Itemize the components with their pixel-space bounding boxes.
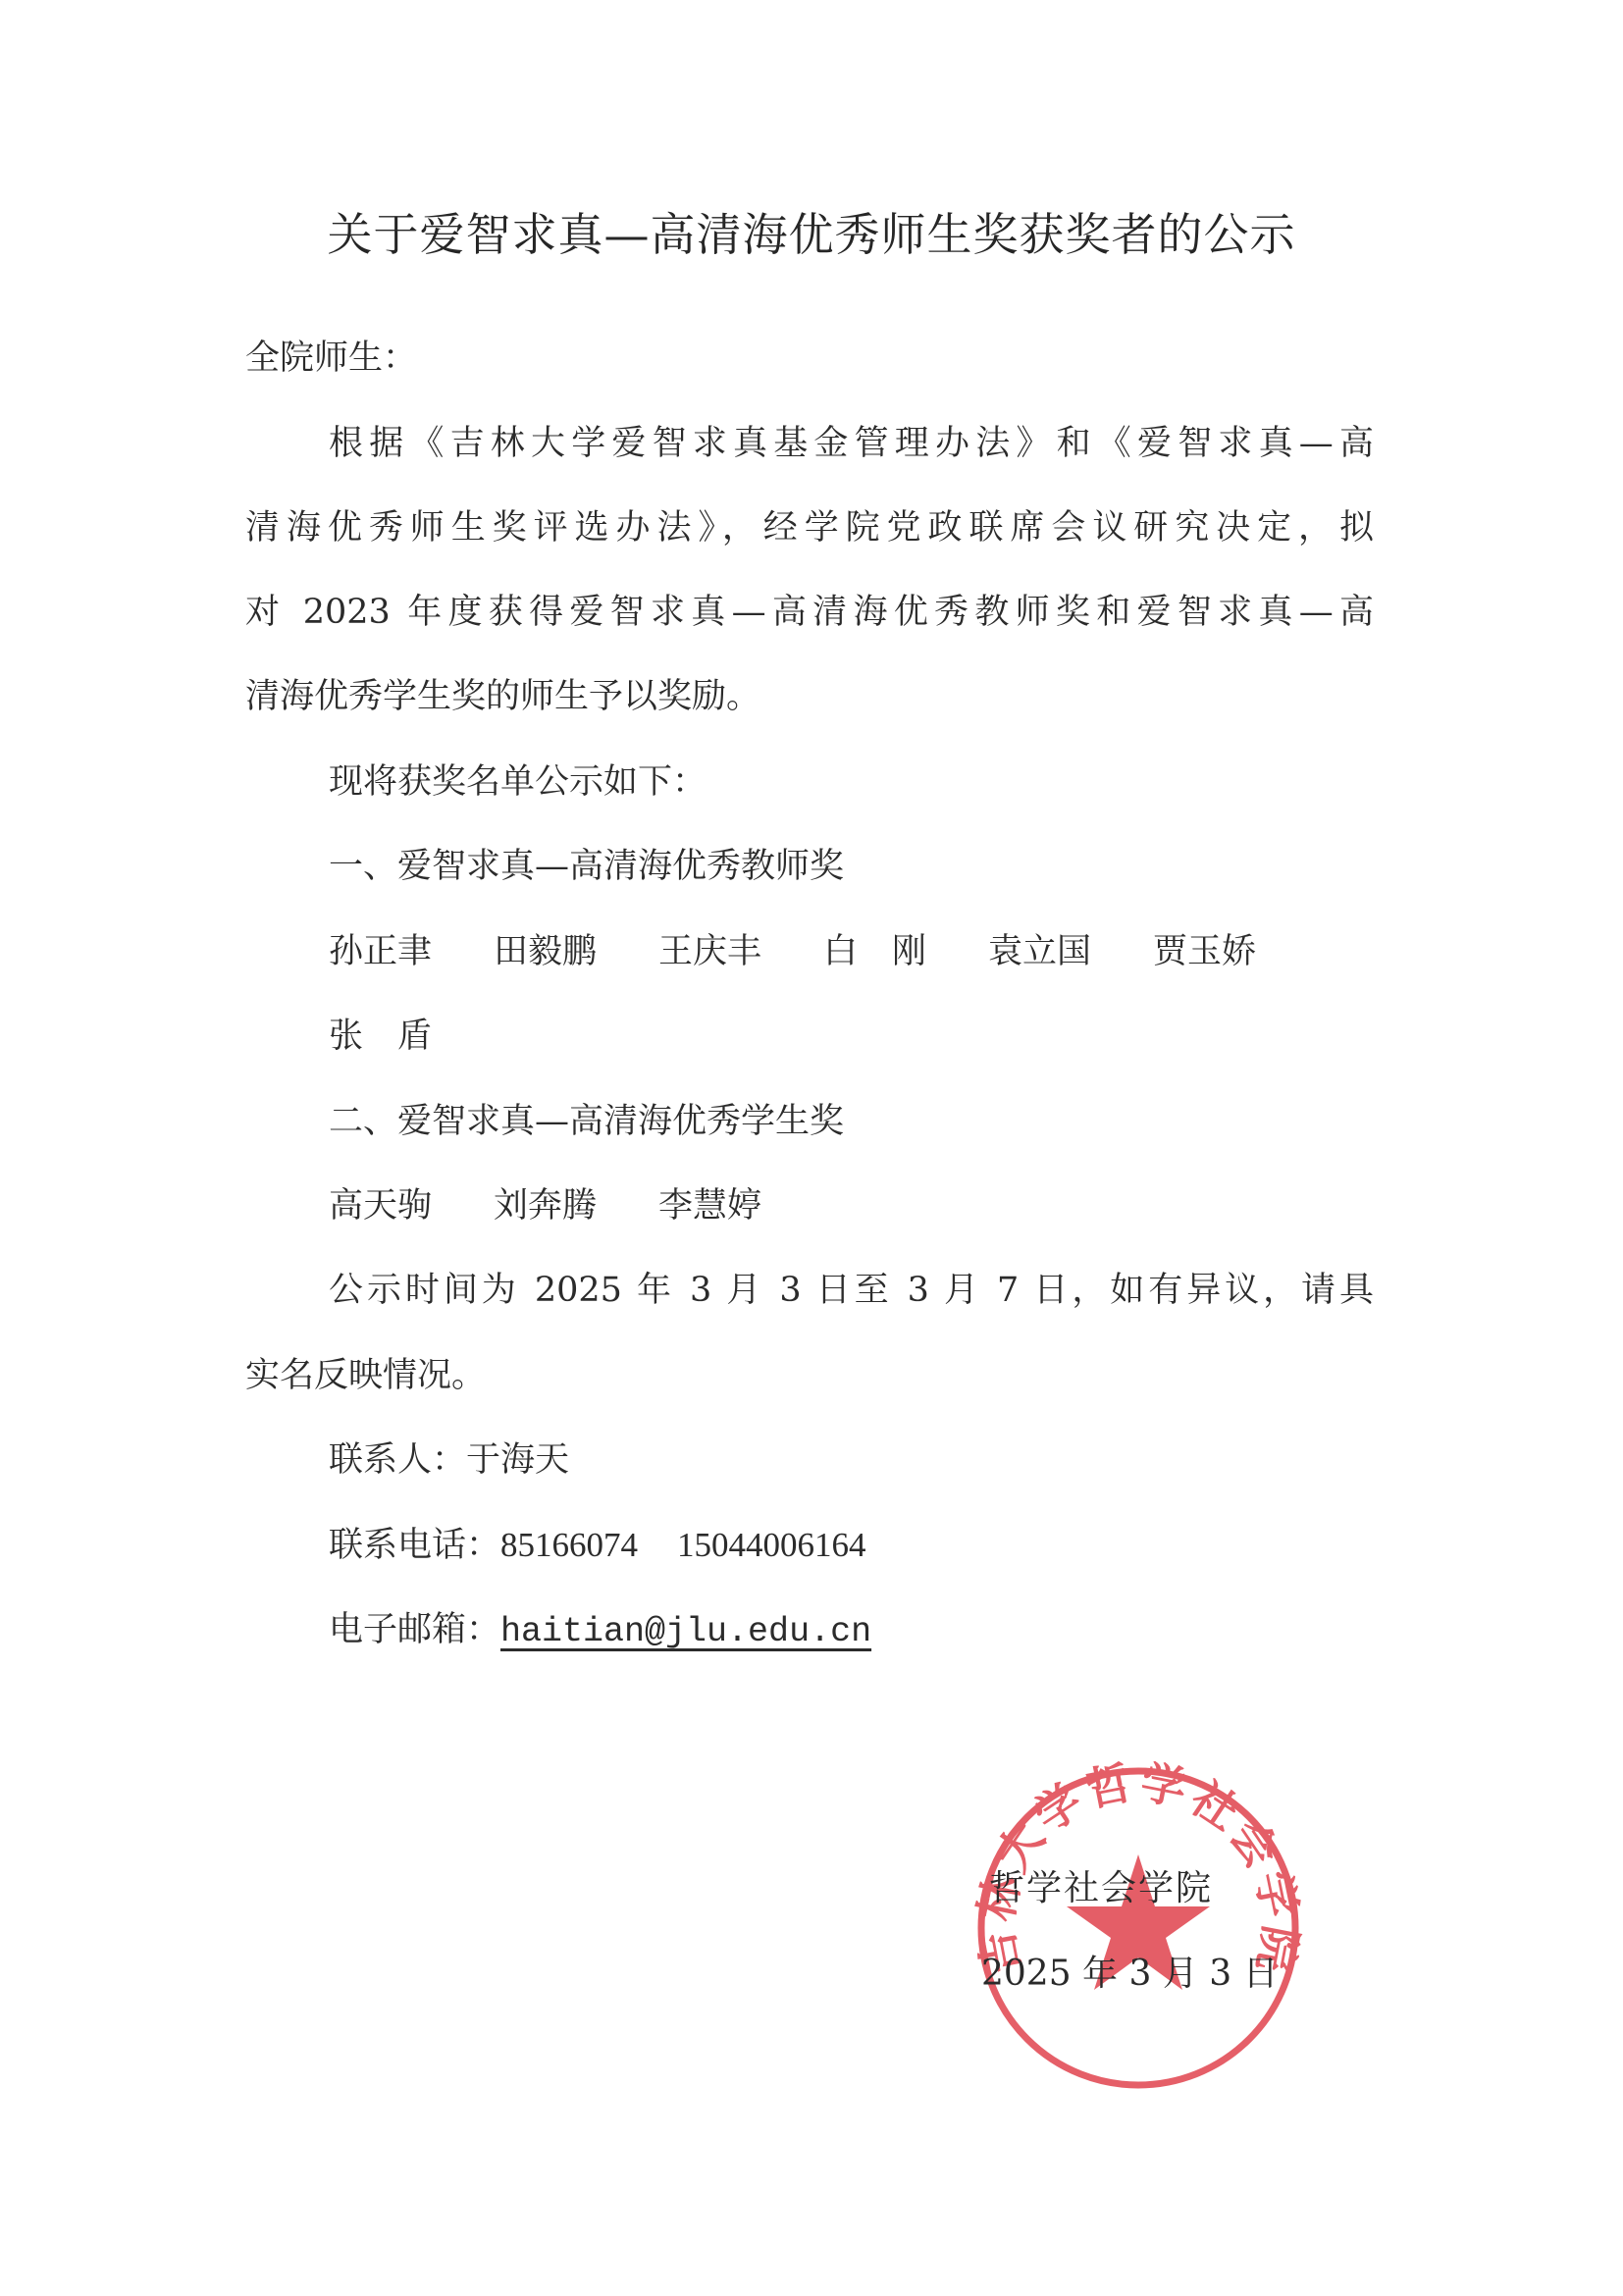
student-award-names-row-1: 高天驹刘奔腾李慧婷 <box>329 1181 761 1230</box>
awardee-name: 袁立国 <box>988 927 1153 976</box>
awardee-name: 李慧婷 <box>658 1181 761 1230</box>
awardee-name: 白 刚 <box>823 927 988 976</box>
contact-email-label: 电子邮箱： <box>329 1610 500 1649</box>
contact-person-name: 于海天 <box>466 1440 569 1480</box>
contact-person: 联系人：于海天 <box>329 1435 569 1485</box>
list-intro: 现将获奖名单公示如下： <box>329 757 707 807</box>
awardee-name: 高天驹 <box>329 1181 494 1230</box>
awardee-name: 刘奔腾 <box>494 1181 658 1230</box>
intro-line-2: 清海优秀师生奖评选办法》，经学院党政联席会议研究决定，拟 <box>245 503 1374 552</box>
contact-phone-1: 85166074 <box>500 1526 638 1564</box>
period-line-1: 公示时间为 2025 年 3 月 3 日至 3 月 7 日，如有异议，请具 <box>329 1266 1374 1315</box>
teacher-award-names-row-2: 张 盾 <box>329 1012 432 1061</box>
contact-phone: 联系电话：8516607415044006164 <box>329 1521 866 1570</box>
salutation: 全院师生： <box>245 334 417 383</box>
awardee-name: 王庆丰 <box>658 927 823 976</box>
period-line-2: 实名反映情况。 <box>245 1351 486 1400</box>
document-page: 关于爱智求真—高清海优秀师生奖获奖者的公示 全院师生： 根据《吉林大学爱智求真基… <box>0 0 1623 2296</box>
awardee-name: 田毅鹏 <box>494 927 658 976</box>
teacher-award-heading: 一、爱智求真—高清海优秀教师奖 <box>329 842 844 891</box>
document-title: 关于爱智求真—高清海优秀师生奖获奖者的公示 <box>0 199 1623 264</box>
awardee-name: 孙正聿 <box>329 927 494 976</box>
email-link[interactable]: haitian@jlu.edu.cn <box>500 1612 871 1651</box>
official-seal: 吉林大学哲学社会学院 <box>971 1761 1305 2095</box>
contact-person-label: 联系人： <box>329 1440 466 1480</box>
teacher-award-names-row-1: 孙正聿田毅鹏王庆丰白 刚袁立国贾玉娇 <box>329 927 1256 976</box>
signature-org: 哲学社会学院 <box>989 1864 1213 1913</box>
contact-email: 电子邮箱：haitian@jlu.edu.cn <box>329 1605 871 1656</box>
intro-line-4: 清海优秀学生奖的师生予以奖励。 <box>245 672 760 721</box>
intro-line-3: 对 2023 年度获得爱智求真—高清海优秀教师奖和爱智求真—高 <box>245 588 1374 637</box>
contact-phone-label: 联系电话： <box>329 1526 500 1565</box>
signature-date: 2025 年 3 月 3 日 <box>981 1950 1279 1999</box>
student-award-heading: 二、爱智求真—高清海优秀学生奖 <box>329 1097 844 1146</box>
awardee-name: 贾玉娇 <box>1153 927 1256 976</box>
awardee-name: 张 盾 <box>329 1012 432 1061</box>
intro-line-1: 根据《吉林大学爱智求真基金管理办法》和《爱智求真—高 <box>329 419 1374 468</box>
contact-phone-2: 15044006164 <box>677 1526 866 1564</box>
